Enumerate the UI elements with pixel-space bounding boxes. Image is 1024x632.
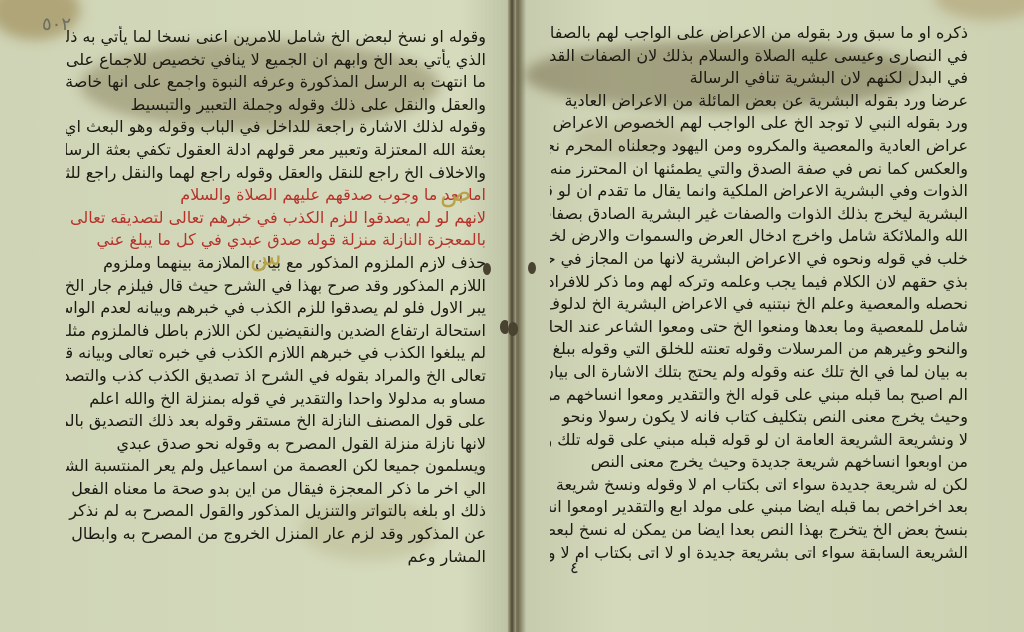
binding-hole — [508, 322, 518, 336]
left-text-line: الي اخر ما ذكر المعجزة فيقال من اين بدو … — [66, 478, 486, 501]
right-text-line: ورد بقوله النبي لا توجد الخ على الواجب ل… — [550, 112, 968, 135]
left-text-line: تعالى الخ والمراد بقوله في الشرح اذ تصدي… — [66, 365, 486, 388]
left-text-line: لانهم لو لم يصدقوا للزم الكذب في خبرهم ت… — [66, 207, 486, 230]
right-text-line: به بيان لما في الخ تلك عنه وقوله ولم يحت… — [550, 361, 968, 384]
right-text-line: الذوات وفي البشرية الاعراض الملكية وانما… — [550, 180, 968, 203]
left-page-text: وقوله او نسخ لبعض الخ شامل للامرين اعنى … — [66, 26, 486, 568]
left-text-line: بعثة الله المعتزلة وتعبير معر قولهم ادلة… — [66, 139, 486, 162]
right-text-line: والنحو وغيرهم من المرسلات وقوله تعنته لل… — [550, 338, 968, 361]
manuscript-spread: ٥٠٢ وقوله او نسخ لبعض الخ شامل للامرين ا… — [0, 0, 1024, 632]
left-text-line: لانها نازلة منزلة القول المصرح به وقوله … — [66, 433, 486, 456]
right-text-line: بعد اخراخص بما قبله ايضا مبني على مولد ا… — [550, 496, 968, 519]
binding-hole — [528, 262, 536, 274]
right-text-line: بنسخ بعض الخ يتخرج بهذا النص بعدا ايضا م… — [550, 519, 968, 542]
right-text-line: في البدل لكنهم لان البشرية تنافي الرسالة — [550, 67, 968, 90]
right-text-line: خلب في قوله ونحوه في الاعراض البشرية لان… — [550, 248, 968, 271]
right-text-line: الشريعة السابقة سواء اتى بشريعة جديدة او… — [550, 542, 968, 565]
left-text-line: والعقل والنقل على ذلك وقوله وجملة التعبي… — [66, 94, 486, 117]
right-page: ذكره او ما سبق ورد بقوله من الاعراض على … — [514, 0, 1024, 632]
right-text-line: من اوبعوا انساخهم شريعة جديدة وحيث يخرج … — [550, 451, 968, 474]
left-text-line: اما بعد ما وجوب صدقهم عليهم الصلاة والسل… — [66, 184, 486, 207]
left-text-line: الذي يأتي بعد الخ وابهم ان الجميع لا ينا… — [66, 49, 486, 72]
left-text-line: المشار وعم — [66, 546, 486, 569]
right-text-line: وحيث يخرج معنى النص بتكليف كتاب فانه لا … — [550, 406, 968, 429]
right-text-line: الم اصبح بما قبله مبني على قوله الخ والت… — [550, 384, 968, 407]
left-text-line: وقوله او نسخ لبعض الخ شامل للامرين اعنى … — [66, 26, 486, 49]
left-text-line: استحالة ارتفاع الضدين والنقيضين لكن اللا… — [66, 320, 486, 343]
right-text-line: ذكره او ما سبق ورد بقوله من الاعراض على … — [550, 22, 968, 45]
right-text-line: الله والملائكة شامل واخرج ادخال العرض وا… — [550, 225, 968, 248]
right-text-line: والعكس كما نص في صفة الصدق والتي يطمئنها… — [550, 158, 968, 181]
marginal-mark: ص — [440, 178, 471, 208]
catchword: ٤ — [570, 558, 579, 577]
left-text-line: لم يبلغوا الكذب في خبرهم اللازم الكذب في… — [66, 342, 486, 365]
right-text-line: البشرية ليخرج بذلك الذوات والصفات غير ال… — [550, 203, 968, 226]
binding-hole — [483, 263, 491, 275]
right-page-text: ذكره او ما سبق ورد بقوله من الاعراض على … — [550, 22, 968, 564]
left-text-line: وقوله لذلك الاشارة راجعة للداخل في الباب… — [66, 116, 486, 139]
left-text-line: عن المذكور وقد لزم عار المنزل الخروج من … — [66, 523, 486, 546]
left-page: ٥٠٢ وقوله او نسخ لبعض الخ شامل للامرين ا… — [0, 0, 512, 632]
right-text-line: لا ونشريعة الشريعة العامة ان لو قوله قبل… — [550, 429, 968, 452]
left-text-line: يبر الاول فلو لم يصدقوا للزم الكذب في خب… — [66, 297, 486, 320]
right-text-line: شامل للمعصية وما بعدها ومنعوا الخ حتى وم… — [550, 316, 968, 339]
right-text-line: نحصله والمعصية وعلم الخ نبتنيه في الاعرا… — [550, 293, 968, 316]
right-text-line: في النصارى وعيسى عليه الصلاة والسلام بذل… — [550, 45, 968, 68]
right-text-line: عراض العادية والمعصية والمكروه ومن اليهو… — [550, 135, 968, 158]
left-text-line: مساو به مدلولا واحدا والتقدير في قوله بم… — [66, 388, 486, 411]
right-text-line: عرضا ورد بقوله البشرية عن بعض المائلة من… — [550, 90, 968, 113]
right-text-line: لكن له شريعة جديدة سواء اتى بكتاب ام لا … — [550, 474, 968, 497]
left-text-line: ما انتهت به الرسل المذكورة وعرفه النبوة … — [66, 71, 486, 94]
right-text-line: بذي حقهم لان الكلام فيما يجب وعلمه وتركه… — [550, 271, 968, 294]
left-text-line: والاخلاف الخ راجع للنقل والعقل وقوله راج… — [66, 162, 486, 185]
marginal-mark: س — [250, 242, 282, 272]
left-text-line: على قول المصنف النازلة الخ مستقر وقوله ب… — [66, 410, 486, 433]
left-text-line: ويسلمون جميعا لكن العصمة من اسماعيل ولم … — [66, 455, 486, 478]
corner-stain — [934, 0, 1024, 20]
left-text-line: ذلك او بلغه بالتواتر والتنزيل المذكور وا… — [66, 500, 486, 523]
left-text-line: اللازم المذكور وقد صرح بهذا في الشرح حيث… — [66, 275, 486, 298]
